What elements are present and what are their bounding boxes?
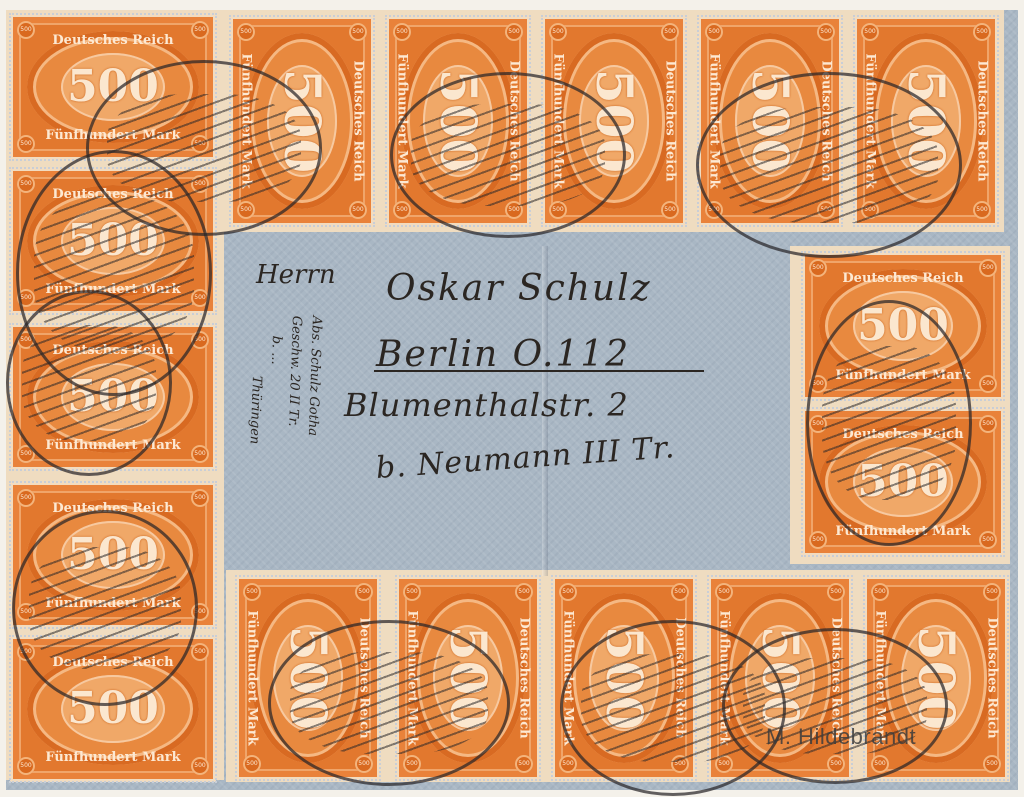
corner-value: 500	[871, 755, 889, 773]
corner-value: 500	[355, 755, 373, 773]
recipient-name: Oskar Schulz	[386, 268, 652, 309]
stamp-500-mark: 500 500 500 500 Deutsches Reich Fünfhund…	[396, 576, 540, 780]
stamp-500-mark: 500 500 500 500 Deutsches Reich Fünfhund…	[802, 252, 1004, 400]
corner-value: 500	[403, 583, 421, 601]
corner-value: 500	[237, 201, 255, 219]
stamp-value: 500	[277, 69, 327, 173]
stamp-500-mark: 500 500 500 500 Deutsches Reich Fünfhund…	[10, 168, 216, 314]
corner-value: 500	[983, 755, 1001, 773]
corner-value: 500	[715, 755, 733, 773]
stamp-top-text: Deutsches Reich	[805, 271, 1001, 286]
stamp-bottom-text: Fünfhundert Mark	[405, 603, 420, 753]
stamp-top-text: Deutsches Reich	[985, 603, 1000, 753]
corner-value: 500	[661, 23, 679, 41]
corner-value: 500	[827, 583, 845, 601]
corner-value: 500	[505, 23, 523, 41]
stamp-top-text: Deutsches Reich	[975, 46, 990, 196]
stamp-500-mark: 500 500 500 500 Deutsches Reich Fünfhund…	[10, 636, 216, 782]
stamp-top-text: Deutsches Reich	[13, 343, 213, 358]
corner-value: 500	[817, 201, 835, 219]
corner-value: 500	[715, 583, 733, 601]
stamp-value: 500	[805, 304, 1001, 348]
corner-value: 500	[705, 23, 723, 41]
corner-value: 500	[861, 23, 879, 41]
stamp-value: 500	[433, 69, 483, 173]
stamp-value: 500	[745, 69, 795, 173]
stamp-500-mark: 500 500 500 500 Deutsches Reich Fünfhund…	[10, 482, 216, 628]
stamp-top-text: Deutsches Reich	[805, 427, 1001, 442]
corner-value: 500	[817, 23, 835, 41]
stamp-value: 500	[13, 687, 213, 731]
stamp-value: 500	[13, 65, 213, 109]
stamp-top-text: Deutsches Reich	[507, 46, 522, 196]
stamp-value: 500	[13, 375, 213, 419]
stamp-top-text: Deutsches Reich	[517, 603, 532, 753]
sender-address: Abs. Schulz Gotha Geschw. 20 II Tr. b. .…	[246, 316, 336, 566]
stamp-500-mark: 500 500 500 500 Deutsches Reich Fünfhund…	[542, 16, 686, 226]
stamp-bottom-text: Fünfhundert Mark	[13, 750, 213, 765]
corner-value: 500	[243, 583, 261, 601]
stamp-500-mark: 500 500 500 500 Deutsches Reich Fünfhund…	[386, 16, 530, 226]
corner-value: 500	[559, 583, 577, 601]
stamp-top-text: Deutsches Reich	[819, 46, 834, 196]
envelope: Herrn Oskar Schulz Berlin O.112 Blumenth…	[6, 10, 1018, 790]
stamp-bottom-text: Fünfhundert Mark	[13, 128, 213, 143]
sender-line: Abs. Schulz Gotha	[305, 315, 324, 436]
stamp-500-mark: 500 500 500 500 Deutsches Reich Fünfhund…	[230, 16, 374, 226]
corner-value: 500	[349, 23, 367, 41]
salutation: Herrn	[256, 260, 336, 290]
stamp-bottom-text: Fünfhundert Mark	[13, 438, 213, 453]
sender-line: Geschw. 20 II Tr.	[285, 315, 304, 426]
recipient-street: Blumenthalstr. 2	[344, 386, 629, 424]
stamp-500-mark: 500 500 500 500 Deutsches Reich Fünfhund…	[10, 14, 216, 160]
corner-value: 500	[549, 23, 567, 41]
corner-value: 500	[355, 583, 373, 601]
stamp-500-mark: 500 500 500 500 Deutsches Reich Fünfhund…	[10, 324, 216, 470]
stamp-top-text: Deutsches Reich	[673, 603, 688, 753]
stamp-bottom-text: Fünfhundert Mark	[551, 46, 566, 196]
stamp-bottom-text: Fünfhundert Mark	[805, 524, 1001, 539]
stamp-500-mark: 500 500 500 500 Deutsches Reich Fünfhund…	[236, 576, 380, 780]
corner-value: 500	[671, 755, 689, 773]
corner-value: 500	[861, 201, 879, 219]
stamp-value: 500	[901, 69, 951, 173]
stamp-bottom-text: Fünfhundert Mark	[717, 603, 732, 753]
stamp-bottom-text: Fünfhundert Mark	[245, 603, 260, 753]
stamp-top-text: Deutsches Reich	[13, 501, 213, 516]
stamp-top-text: Deutsches Reich	[13, 655, 213, 670]
stamp-bottom-text: Fünfhundert Mark	[707, 46, 722, 196]
stamp-bottom-text: Fünfhundert Mark	[13, 282, 213, 297]
corner-value: 500	[393, 201, 411, 219]
stamp-value: 500	[589, 69, 639, 173]
photographer-watermark: M. Hildebrandt	[766, 724, 916, 750]
stamp-value: 500	[911, 626, 961, 730]
city-underline	[374, 370, 704, 372]
stamp-value: 500	[283, 626, 333, 730]
corner-value: 500	[661, 201, 679, 219]
stamp-top-text: Deutsches Reich	[351, 46, 366, 196]
corner-value: 500	[871, 583, 889, 601]
stamp-value: 500	[13, 533, 213, 577]
sender-line: b. ...	[268, 335, 284, 364]
stamp-top-text: Deutsches Reich	[13, 187, 213, 202]
stamp-value: 500	[599, 626, 649, 730]
stamp-bottom-text: Fünfhundert Mark	[395, 46, 410, 196]
corner-value: 500	[973, 23, 991, 41]
stamp-500-mark: 500 500 500 500 Deutsches Reich Fünfhund…	[854, 16, 998, 226]
stamp-value: 500	[13, 219, 213, 263]
recipient-detail: b. Neumann III Tr.	[375, 430, 677, 486]
corner-value: 500	[549, 201, 567, 219]
corner-value: 500	[349, 201, 367, 219]
address-area: Herrn Oskar Schulz Berlin O.112 Blumenth…	[236, 246, 798, 576]
stamp-bottom-text: Fünfhundert Mark	[13, 596, 213, 611]
corner-value: 500	[515, 583, 533, 601]
stamp-500-mark: 500 500 500 500 Deutsches Reich Fünfhund…	[698, 16, 842, 226]
corner-value: 500	[403, 755, 421, 773]
recipient-city: Berlin O.112	[376, 334, 630, 375]
corner-value: 500	[983, 583, 1001, 601]
stamp-top-text: Deutsches Reich	[663, 46, 678, 196]
stamp-bottom-text: Fünfhundert Mark	[805, 368, 1001, 383]
corner-value: 500	[559, 755, 577, 773]
stamp-bottom-text: Fünfhundert Mark	[863, 46, 878, 196]
stamp-value: 500	[443, 626, 493, 730]
corner-value: 500	[671, 583, 689, 601]
corner-value: 500	[237, 23, 255, 41]
corner-value: 500	[973, 201, 991, 219]
corner-value: 500	[505, 201, 523, 219]
stamp-value: 500	[805, 460, 1001, 504]
stamp-top-text: Deutsches Reich	[13, 33, 213, 48]
stamp-bottom-text: Fünfhundert Mark	[561, 603, 576, 753]
stamp-bottom-text: Fünfhundert Mark	[239, 46, 254, 196]
corner-value: 500	[705, 201, 723, 219]
stamp-500-mark: 500 500 500 500 Deutsches Reich Fünfhund…	[552, 576, 696, 780]
corner-value: 500	[243, 755, 261, 773]
sender-line: Thüringen	[247, 375, 264, 444]
stamp-value: 500	[755, 626, 805, 730]
corner-value: 500	[393, 23, 411, 41]
stamp-top-text: Deutsches Reich	[357, 603, 372, 753]
stamp-500-mark: 500 500 500 500 Deutsches Reich Fünfhund…	[802, 408, 1004, 556]
corner-value: 500	[515, 755, 533, 773]
corner-value: 500	[827, 755, 845, 773]
